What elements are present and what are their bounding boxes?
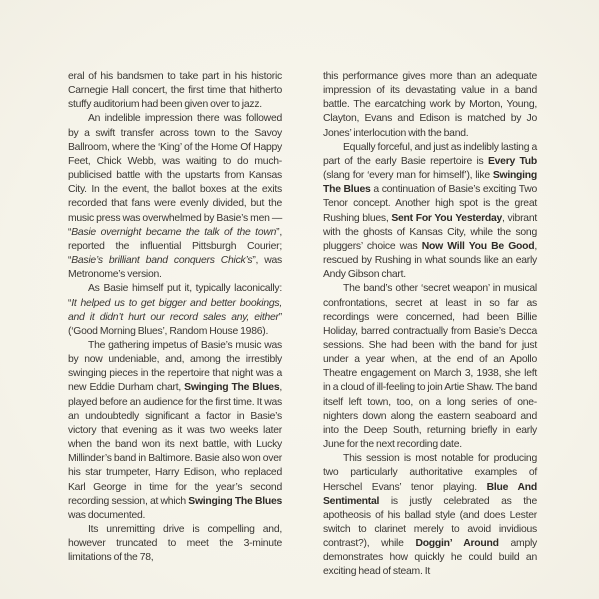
paragraph: The band’s other ‘secret weapon’ in musi… xyxy=(323,282,537,452)
track-title: Swinging The Blues xyxy=(188,496,282,507)
paragraph: this performance gives more than an adeq… xyxy=(323,70,537,141)
track-title: Every Tub xyxy=(488,156,537,167)
paragraph: Equally forceful, and just as indelibly … xyxy=(323,141,537,283)
track-title: Doggin’ Around xyxy=(415,538,498,549)
paragraph: The gathering impetus of Basie’s music w… xyxy=(68,339,282,523)
track-title: Swinging The Blues xyxy=(184,382,279,393)
text-run: Its unremitting drive is compelling and,… xyxy=(68,524,282,563)
text-run: this performance gives more than an adeq… xyxy=(323,71,537,139)
text-run: was documented. xyxy=(68,510,145,521)
text-run: (slang for ‘every man for himself’), lik… xyxy=(323,170,493,181)
left-column: eral of his bandsmen to take part in his… xyxy=(68,70,282,565)
text-run: An indelible impression there was follow… xyxy=(68,113,282,237)
paragraph: eral of his bandsmen to take part in his… xyxy=(68,70,282,112)
quote: Basie’s brilliant band conquers Chick’s xyxy=(71,255,252,266)
paragraph: An indelible impression there was follow… xyxy=(68,112,282,282)
paragraph: As Basie himself put it, typically lacon… xyxy=(68,282,282,339)
text-run: eral of his bandsmen to take part in his… xyxy=(68,71,282,110)
quote: It helped us to get bigger and better bo… xyxy=(68,298,282,323)
text-run: , played before an audience for the firs… xyxy=(68,382,282,506)
track-title: Sent For You Yesterday xyxy=(391,213,502,224)
text-run: The band’s other ‘secret weapon’ in musi… xyxy=(323,283,537,450)
right-column: this performance gives more than an adeq… xyxy=(323,70,537,580)
paragraph: Its unremitting drive is compelling and,… xyxy=(68,523,282,565)
quote: Basie overnight became the talk of the t… xyxy=(71,227,276,238)
track-title: Now Will You Be Good xyxy=(422,241,535,252)
paragraph: This session is most notable for produci… xyxy=(323,452,537,579)
booklet-page: eral of his bandsmen to take part in his… xyxy=(0,0,599,599)
